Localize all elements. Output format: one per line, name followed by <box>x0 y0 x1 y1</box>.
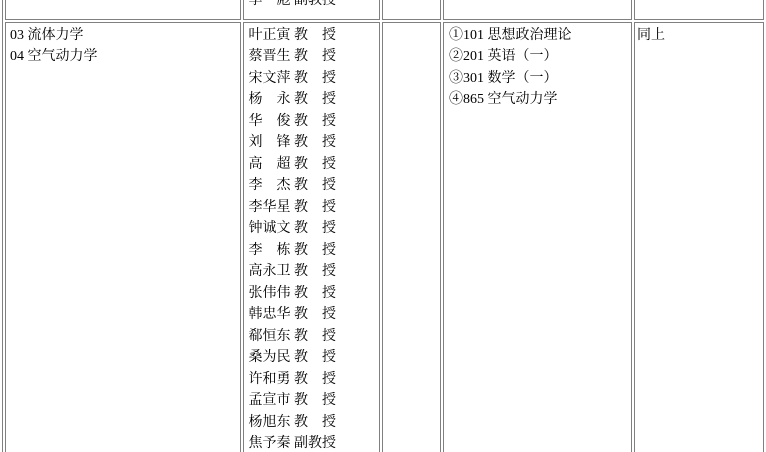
exam-subjects-cell: ①101 思想政治理论 ②201 英语（一） ③301 数学（一） ④865 空… <box>443 22 632 452</box>
supervisor-item: 许和勇 教 授 <box>249 369 377 391</box>
supervisor-item: 钟诚文 教 授 <box>249 218 377 240</box>
supervisor-item: 叶正寅 教 授 <box>249 25 377 47</box>
supervisor-item: 高 超 教 授 <box>249 154 377 176</box>
supervisor-item: 焦予秦 副教授 <box>249 433 377 452</box>
research-directions-cell <box>5 0 241 20</box>
research-direction-item: 04 空气动力学 <box>10 46 238 68</box>
table-row-main: 03 流体力学 04 空气动力学 叶正寅 教 授 蔡晋生 教 授 宋文萍 教 授… <box>5 22 764 452</box>
supervisor-item: 李华星 教 授 <box>249 197 377 219</box>
supervisor-item: 李 杰 教 授 <box>249 175 377 197</box>
supervisor-item: 李 栋 教 授 <box>249 240 377 262</box>
admissions-catalog-table: 李 彪 副教授 03 流体力学 04 空气动力学 叶正寅 教 授 蔡晋生 教 授… <box>2 0 766 452</box>
empty-cell <box>382 0 441 20</box>
exam-subject-item: ②201 英语（一） <box>449 46 629 68</box>
page: 李 彪 副教授 03 流体力学 04 空气动力学 叶正寅 教 授 蔡晋生 教 授… <box>0 0 766 452</box>
supervisor-item: 桑为民 教 授 <box>249 347 377 369</box>
research-direction-item: 03 流体力学 <box>10 25 238 47</box>
remark-cell <box>634 0 764 20</box>
supervisor-item: 蔡晋生 教 授 <box>249 46 377 68</box>
supervisor-item: 宋文萍 教 授 <box>249 68 377 90</box>
supervisor-item: 李 彪 副教授 <box>249 0 377 12</box>
supervisor-item: 韩忠华 教 授 <box>249 304 377 326</box>
supervisor-item: 张伟伟 教 授 <box>249 283 377 305</box>
supervisor-item: 郗恒东 教 授 <box>249 326 377 348</box>
table-row-previous: 李 彪 副教授 <box>5 0 764 20</box>
research-directions-cell: 03 流体力学 04 空气动力学 <box>5 22 241 452</box>
exam-subject-item: ③301 数学（一） <box>449 68 629 90</box>
supervisor-item: 杨旭东 教 授 <box>249 412 377 434</box>
remark-cell: 同上 <box>634 22 764 452</box>
supervisor-item: 华 俊 教 授 <box>249 111 377 133</box>
supervisors-cell: 叶正寅 教 授 蔡晋生 教 授 宋文萍 教 授 杨 永 教 授 华 俊 教 授 … <box>243 22 380 452</box>
remark-text: 同上 <box>637 25 761 47</box>
supervisor-item: 刘 锋 教 授 <box>249 132 377 154</box>
exam-subject-item: ④865 空气动力学 <box>449 89 629 111</box>
supervisor-item: 杨 永 教 授 <box>249 89 377 111</box>
exam-subject-item: ①101 思想政治理论 <box>449 25 629 47</box>
supervisor-item: 高永卫 教 授 <box>249 261 377 283</box>
supervisors-cell: 李 彪 副教授 <box>243 0 380 20</box>
supervisor-item: 孟宣市 教 授 <box>249 390 377 412</box>
exam-subjects-cell <box>443 0 632 20</box>
empty-cell <box>382 22 441 452</box>
